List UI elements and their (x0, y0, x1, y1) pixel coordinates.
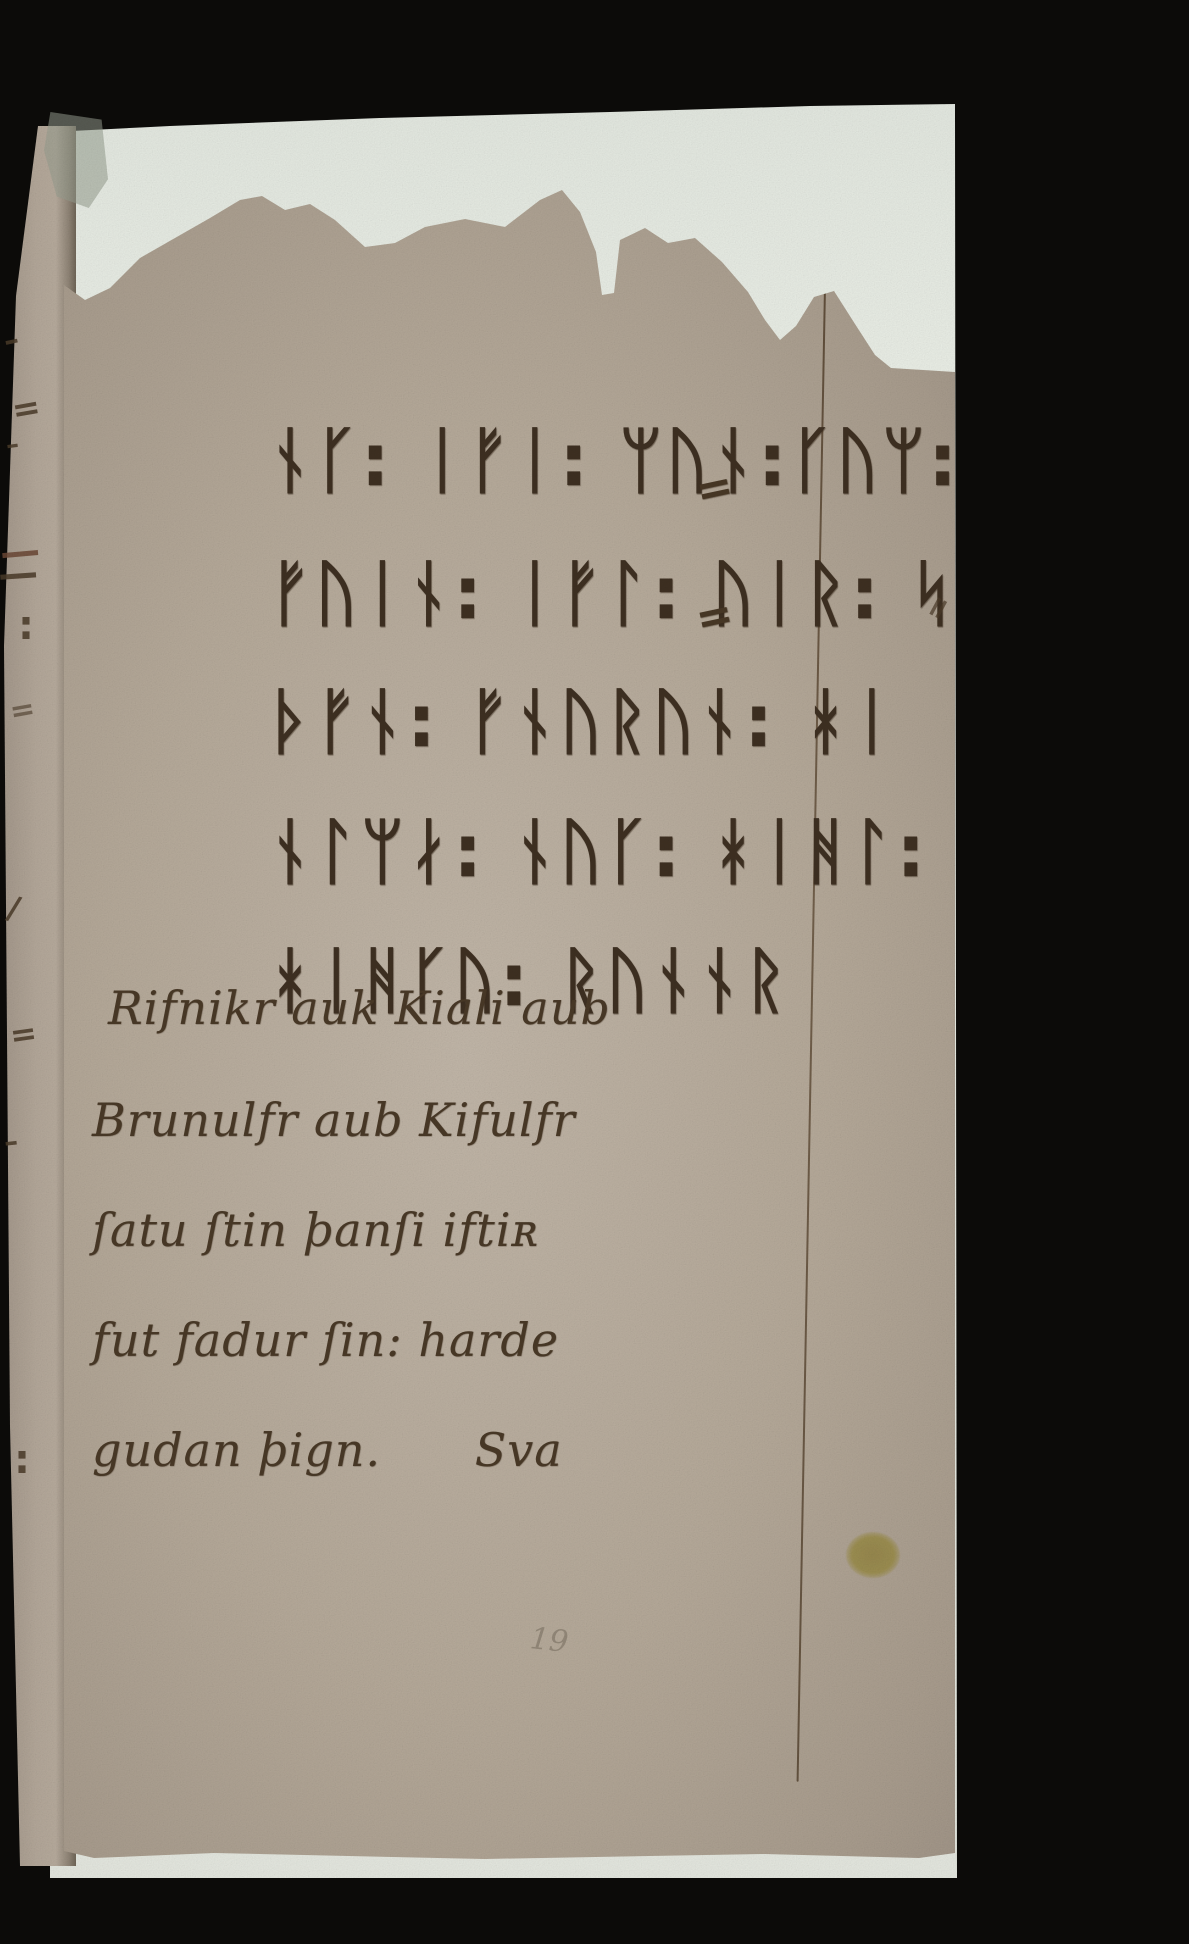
ink-stain (846, 1532, 900, 1578)
folio-number: 19 (528, 1621, 570, 1660)
latin-line-3: ſatu ſtin þanſi iftiʀ (92, 1180, 792, 1288)
runic-line-2: ᚠᚢᛁᚾ: ᛁᚠᛚ: ᚢᛁᚱ: ᛋᛁ = (100, 425, 790, 543)
latin-line-5: gudan þign. Sva (92, 1400, 792, 1508)
manuscript-scan: – = – — — : = / = – : ᚾᚴ: ᛁᚠᛁ: ᛘᚢᚾ:ᚴᚢᛘ: … (0, 0, 1189, 1944)
runic-line-4: ᚾᛚᛘᛅ: ᚾᚢᚴ: ᚼᛁᚻᛚ: (100, 683, 790, 801)
margin-fragment: = (9, 390, 43, 428)
margin-fragment: = (8, 1016, 39, 1051)
margin-fragment: : (14, 1440, 30, 1480)
runic-line-1: ᚾᚴ: ᛁᚠᛁ: ᛘᚢᚾ:ᚴᚢᛘ: (100, 292, 790, 410)
line-continuation-mark: = (692, 592, 737, 643)
manuscript-page: ᚾᚴ: ᛁᚠᛁ: ᛘᚢᚾ:ᚴᚢᛘ: ᚠᚢᛁᚾ: ᛁᚠᛚ: ᚢᛁᚱ: ᛋᛁ = ᚦ… (64, 185, 955, 1861)
margin-fragment: = (8, 694, 38, 728)
line-continuation-mark: = (692, 464, 737, 515)
margin-fragment: : (18, 606, 34, 646)
latin-line-2: Brunulfr aub Kifulfr (92, 1070, 792, 1178)
latin-line-4: fut fadur ſin: harde (92, 1290, 792, 1398)
margin-fragment: — (0, 553, 39, 596)
latin-line-1: Rifnikr auk Kiali aub (92, 958, 808, 1066)
margin-fragment: – (3, 1127, 20, 1156)
runic-line-5: ᚼᛁᚻᚴᚢ: ᚱᚢᚾᚾᚱ (100, 812, 790, 930)
runic-line-3: ᚦᚠᚾ: ᚠᚾᚢᚱᚢᚾ: ᚼᛁ = (100, 553, 790, 671)
